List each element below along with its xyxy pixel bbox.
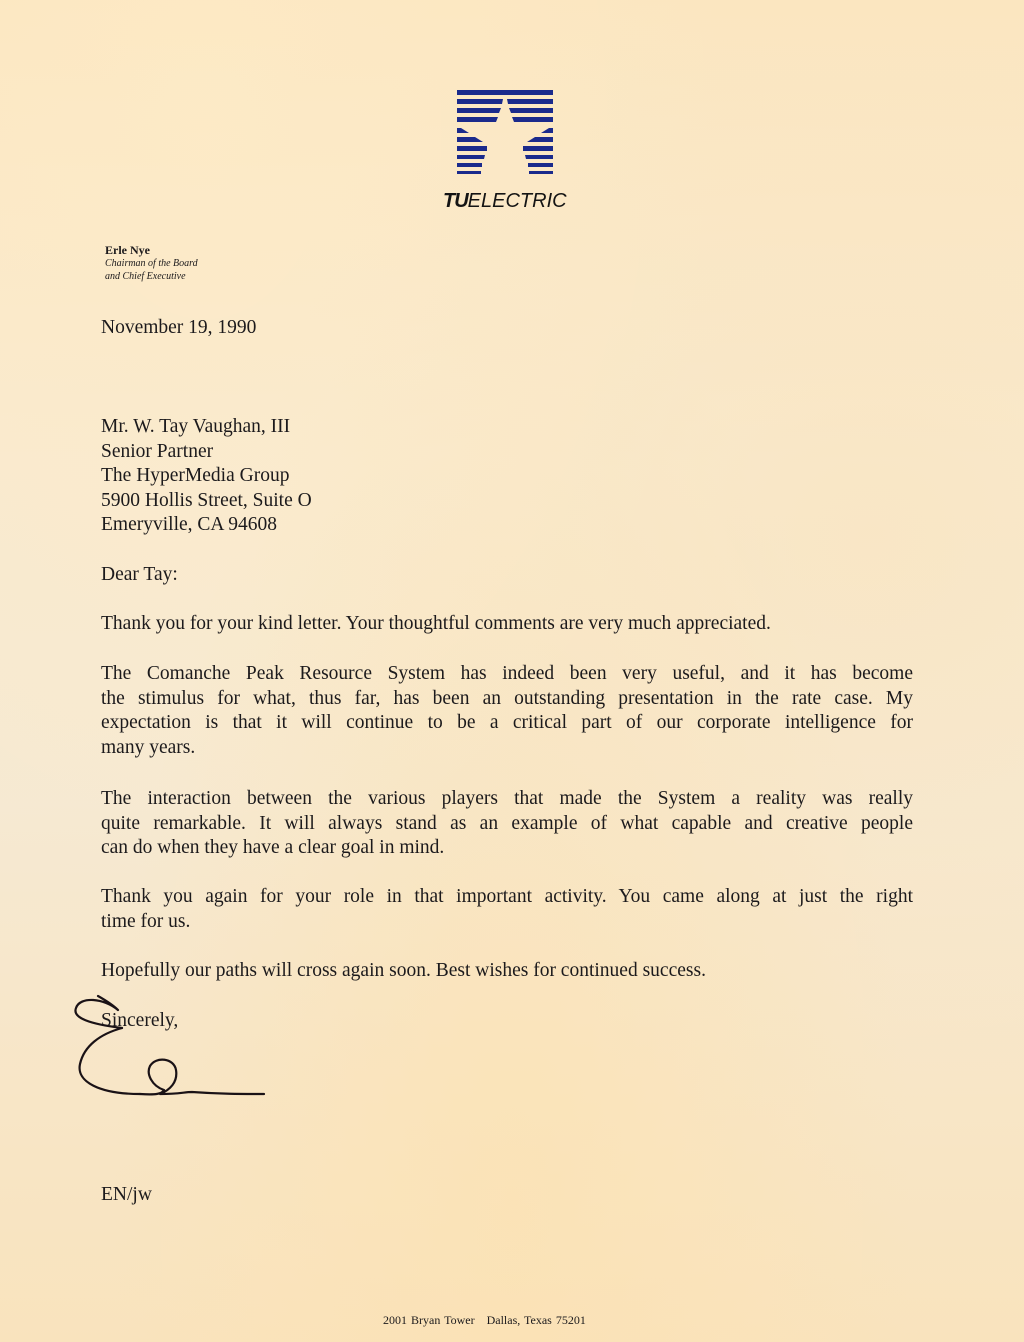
recipient-address: Mr. W. Tay Vaughan, III Senior Partner T… (101, 415, 312, 538)
sender-title-line2: and Chief Executive (105, 270, 198, 283)
paragraph-line: many years. (101, 736, 913, 761)
body-paragraph-5: Hopefully our paths will cross again soo… (101, 959, 913, 984)
recipient-title: Senior Partner (101, 440, 312, 465)
footer-address: 2001 Bryan Tower (383, 1313, 475, 1327)
paragraph-line: Hopefully our paths will cross again soo… (101, 959, 913, 984)
typist-initials: EN/jw (101, 1183, 152, 1208)
paragraph-line: expectation is that it will continue to … (101, 711, 913, 736)
body-paragraph-4: Thank you again for your role in that im… (101, 885, 913, 934)
letter-date: November 19, 1990 (101, 316, 256, 341)
brand-wordmark: TUELECTRIC (443, 190, 567, 213)
sender-block: Erle Nye Chairman of the Board and Chief… (105, 244, 198, 283)
recipient-name: Mr. W. Tay Vaughan, III (101, 415, 312, 440)
recipient-city: Emeryville, CA 94608 (101, 513, 312, 538)
letterhead-footer: 2001 Bryan TowerDallas, Texas 75201 (383, 1313, 586, 1328)
body-paragraph-1: Thank you for your kind letter. Your tho… (101, 612, 913, 637)
brand-bold: TU (443, 190, 468, 212)
paragraph-line: The interaction between the various play… (101, 787, 913, 812)
body-paragraph-3: The interaction between the various play… (101, 787, 913, 861)
body-paragraph-2: The Comanche Peak Resource System has in… (101, 662, 913, 760)
sender-name: Erle Nye (105, 244, 198, 257)
paragraph-line: the stimulus for what, thus far, has bee… (101, 687, 913, 712)
paragraph-line: quite remarkable. It will always stand a… (101, 812, 913, 837)
brand-rest: ELECTRIC (468, 190, 567, 212)
paragraph-line: Thank you again for your role in that im… (101, 885, 913, 910)
recipient-street: 5900 Hollis Street, Suite O (101, 489, 312, 514)
tu-electric-star-logo-icon (457, 90, 553, 176)
recipient-company: The HyperMedia Group (101, 464, 312, 489)
sender-title-line1: Chairman of the Board (105, 257, 198, 270)
handwritten-signature-icon (60, 990, 280, 1110)
paragraph-line: time for us. (101, 910, 913, 935)
salutation: Dear Tay: (101, 563, 178, 588)
paragraph-line: can do when they have a clear goal in mi… (101, 836, 913, 861)
paragraph-line: The Comanche Peak Resource System has in… (101, 662, 913, 687)
paragraph-line: Thank you for your kind letter. Your tho… (101, 612, 913, 637)
footer-city: Dallas, Texas 75201 (487, 1313, 586, 1327)
